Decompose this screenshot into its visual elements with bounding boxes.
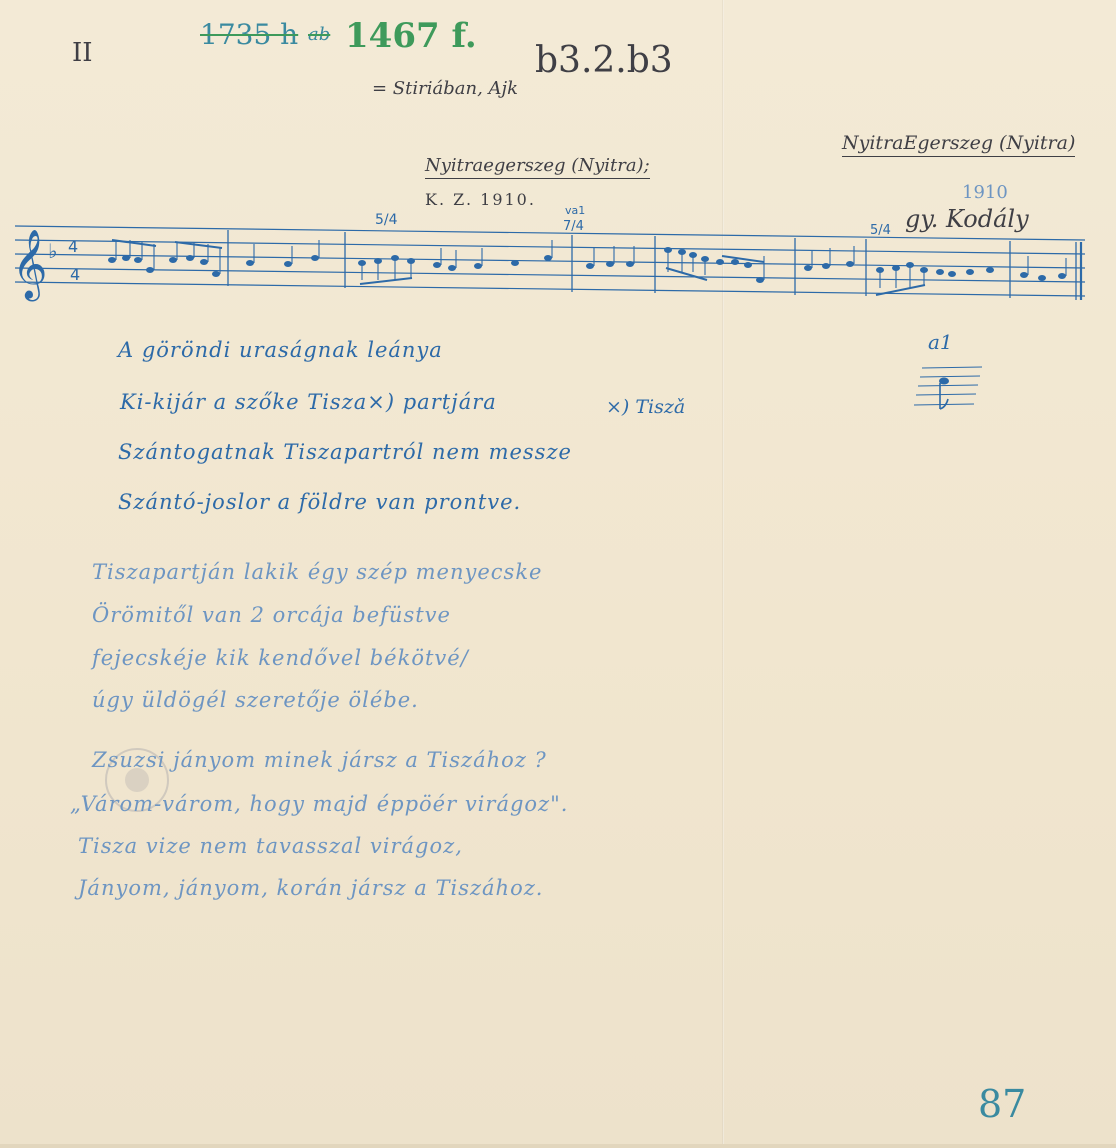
treble-clef-icon: 𝄞 [12, 229, 47, 301]
footnote: ×) Tiszǎ [606, 396, 685, 418]
tune-code: b3.2.b3 [535, 40, 673, 81]
lyric-line: A göröndi uraságnak leánya [118, 338, 443, 362]
origin-place-left-text: Nyitraegerszeg (Nyitra); [425, 155, 650, 179]
time-signature-7-4: 7/4 [563, 219, 584, 234]
flat-icon: ♭ [48, 239, 57, 263]
lyric-line: Szántó-joslor a földre van prontve. [118, 490, 521, 514]
lyric-line: Tiszapartján lakik égy szép menyecske [92, 560, 542, 584]
lyric-line: Szántogatnak Tiszapartról nem messze [118, 440, 572, 464]
variant-mark: va1 [565, 204, 585, 217]
lyric-line: fejecskéje kik kendővel békötvé/ [92, 646, 469, 670]
origin-place-right-text: NyitraEgerszeg (Nyitra) [842, 132, 1075, 157]
catalog-number-struck: 1735 h [200, 18, 298, 51]
lyric-line: Jányom, jányom, korán jársz a Tiszához. [78, 876, 543, 900]
catalog-number: 1467 f. [345, 16, 477, 56]
page-number: 87 [978, 1082, 1026, 1126]
time-signature-4-4-bottom: 4 [70, 265, 80, 284]
time-signature-5-4-second: 5/4 [870, 223, 891, 238]
catalog-struck-extra: ab [308, 24, 330, 45]
origin-place-right: NyitraEgerszeg (Nyitra) [842, 132, 1075, 154]
time-signature-4-4-top: 4 [68, 237, 78, 256]
lyric-line: Örömitől van 2 orcája befüstve [92, 603, 451, 627]
lyric-line: úgy üldögél szeretője ölébe. [92, 688, 419, 712]
lyric-line: Zsuzsi jányom minek jársz a Tiszához ? [92, 748, 547, 772]
fold-line [722, 0, 724, 1148]
lyric-line: Tisza vize nem tavasszal virágoz, [78, 834, 463, 858]
variant-staff [910, 365, 990, 415]
barlines [228, 230, 1081, 300]
variant-label: a1 [928, 330, 953, 354]
manuscript-page: II 1735 h ab 1467 f. b3.2.b3 = Stiriában… [0, 0, 1116, 1148]
roman-numeral: II [72, 38, 93, 68]
origin-place-left: Nyitraegerszeg (Nyitra); [425, 155, 650, 176]
music-staff: 𝄞 ♭ 4 4 5/4 7/4 va1 5/4 [0, 200, 1116, 310]
time-signature-5-4: 5/4 [375, 212, 398, 228]
reference-note: = Stiriában, Ajk [372, 78, 518, 99]
lyric-line: „Várom-várom, hogy majd éppöér virágoz". [70, 792, 568, 816]
lyric-line: Ki-kijár a szőke Tisza×) partjára [120, 390, 497, 414]
